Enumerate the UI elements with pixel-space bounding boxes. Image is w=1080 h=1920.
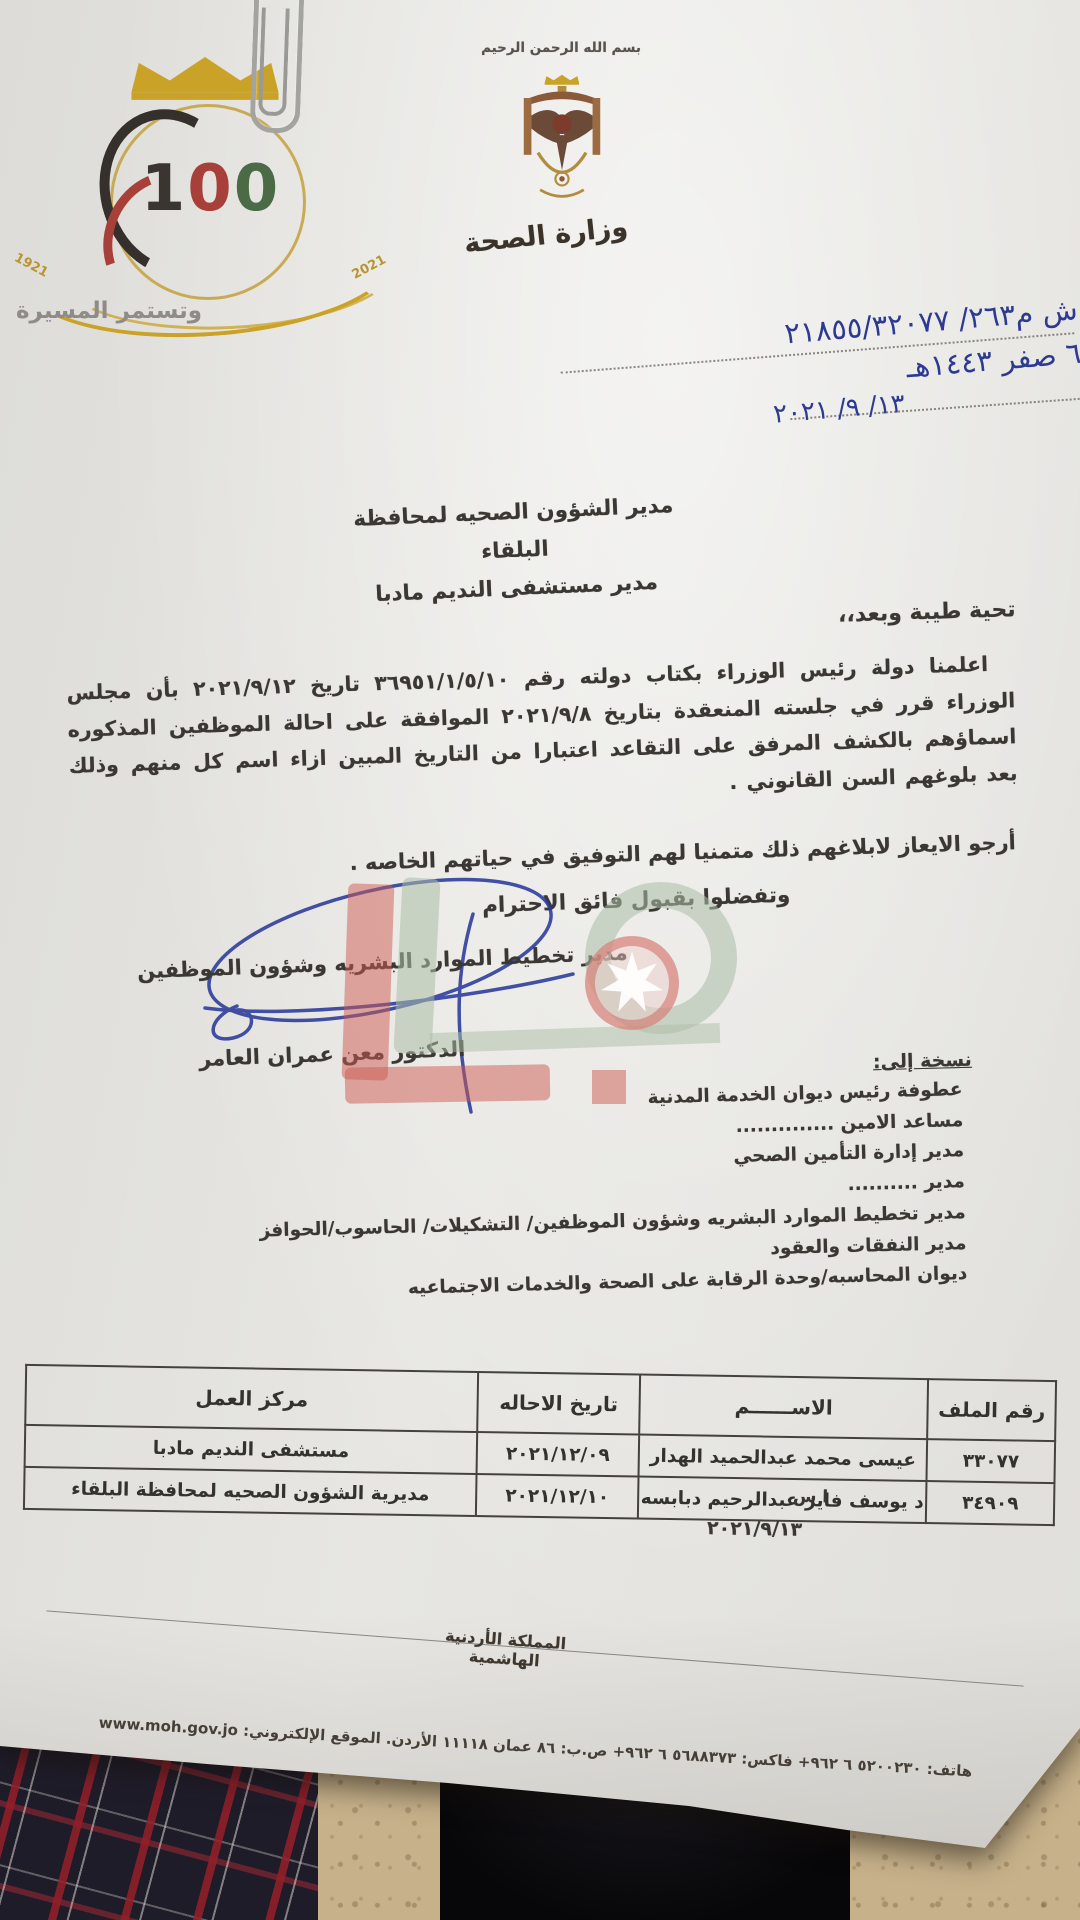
bismillah-calligraphy: بسم الله الرحمن الرحيم [475, 40, 647, 56]
cell-referral-date: ٢٠٢١/١٢/١٠ [476, 1474, 638, 1519]
footer-kingdom-title: المملكة الأردنية الهاشمية [414, 1624, 596, 1674]
recipient-health-affairs-director: مدير الشؤون الصحيه لمحافظة البلقاء [348, 487, 681, 577]
retirees-table-wrap: رقم الملف الاســــــم تاريخ الاحاله مركز… [23, 1364, 1057, 1526]
cell-referral-date: ٢٠٢١/١٢/٠٩ [477, 1432, 639, 1477]
greeting-line: تحية طيبة وبعد،، [838, 597, 1016, 628]
col-referral-date: تاريخ الاحاله [477, 1372, 640, 1435]
letter-sheet: 100 1921 2021 وتستمر المسيرة بسم الله ال… [0, 0, 1080, 1920]
cell-work-center: مديرية الشؤون الصحيه لمحافظة البلقاء [24, 1467, 477, 1516]
royal-crest-icon [506, 74, 618, 216]
body-paragraph: اعلمنا دولة رئيس الوزراء بكتاب دولته رقم… [66, 645, 1018, 821]
cell-name: د يوسف فايز عبدالرحيم دبابسه [638, 1477, 927, 1524]
signature-scribble [175, 858, 595, 1120]
ministry-name-calligraphy: وزارة الصحة [461, 211, 631, 259]
cell-name: عيسى محمد عبدالحميد الهدار [638, 1435, 927, 1482]
col-name: الاســــــم [639, 1375, 928, 1440]
cc-list: عطوفة رئيس ديوان الخدمة المدنية مساعد ال… [202, 1075, 967, 1310]
col-work-center: مركز العمل [25, 1365, 478, 1432]
jordan-centenary-logo: 100 1921 2021 وتستمر المسيرة [5, 48, 405, 293]
centenary-slogan: وتستمر المسيرة [0, 298, 223, 324]
paperclip [249, 0, 304, 134]
handwritten-reference-block: ش م٢٦٣/ ٢١٨٥٥/٣٢٠٧٧ ٦ صفر ١٤٤٣هـ ١٣/ ٩/ … [533, 292, 1080, 449]
cell-file-number: ٣٤٩٠٩ [926, 1481, 1054, 1525]
annotation-date: ٢٠٢١/٩/١٣ [707, 1517, 802, 1541]
cell-file-number: ٣٣٠٧٧ [927, 1439, 1055, 1483]
cell-work-center: مستشفى النديم مادبا [25, 1425, 478, 1474]
footer-contact-line: هاتف: ٥٢٠٠٢٣٠ ٦ ٩٦٢+ فاكس: ٥٦٨٨٣٧٣ ٦ ٩٦٢… [38, 1710, 1032, 1784]
recipients-block: مدير الشؤون الصحيه لمحافظة البلقاء مدير … [348, 487, 683, 615]
paperclip-inner-wire [258, 7, 290, 116]
cc-title: نسخة إلى: [873, 1049, 972, 1074]
retirees-table: رقم الملف الاســــــم تاريخ الاحاله مركز… [23, 1364, 1057, 1526]
annotation-initials: ا س [793, 1487, 829, 1508]
paper-surface: 100 1921 2021 وتستمر المسيرة بسم الله ال… [0, 0, 1080, 1920]
col-file-number: رقم الملف [927, 1379, 1056, 1441]
photographed-letter: 100 1921 2021 وتستمر المسيرة بسم الله ال… [0, 0, 1080, 1920]
